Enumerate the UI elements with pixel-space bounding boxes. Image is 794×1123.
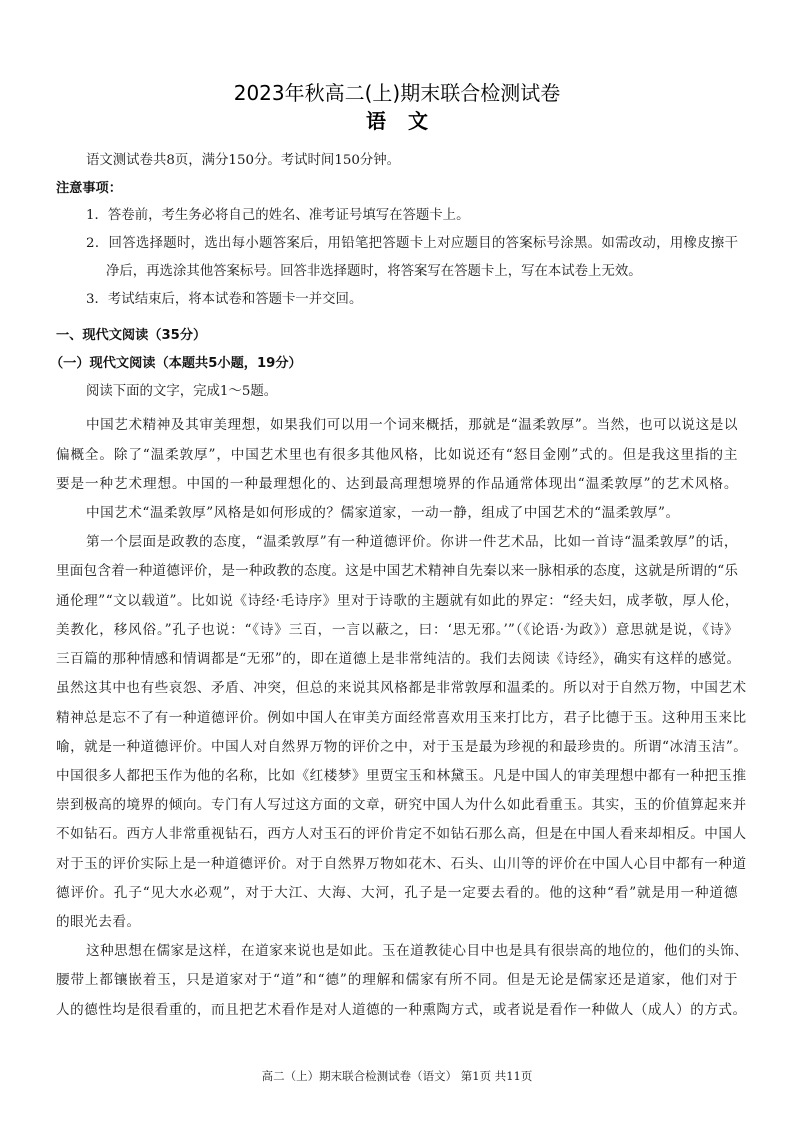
notice-item-2: 2．回答选择题时，选出每小题答案后，用铅笔把答题卡上对应题目的答案标号涂黑。如需… <box>86 234 738 254</box>
passage-line: 第一个层面是政教的态度，“温柔敦厚”有一种道德评价。你讲一件艺术品，比如一首诗“… <box>86 532 738 552</box>
passage-line: 德评价。孔子“见大水必观”，对于大江、大海、大河，孔子是一定要去看的。他的这种“… <box>56 883 738 903</box>
section-subheading: （一）现代文阅读（本题共5小题，19分） <box>50 354 302 374</box>
passage-line: 对于玉的评价实际上是一种道德评价。对于自然界万物如花木、石头、山川等的评价在中国… <box>56 854 738 874</box>
exam-title: 2023年秋高二(上)期末联合检测试卷 <box>0 83 794 103</box>
notice-item-1: 1．答卷前，考生务必将自己的姓名、准考证号填写在答题卡上。 <box>86 206 469 226</box>
passage-line: 喻，就是一种道德评价。中国人对自然界万物的评价之中，对于玉是最为珍视的和最珍贵的… <box>56 737 738 757</box>
exam-intro: 语文测试卷共8页，满分150分。考试时间150分钟。 <box>86 151 400 171</box>
passage-line: 这种思想在儒家是这样，在道家来说也是如此。玉在道教徒心目中也是具有很崇高的地位的… <box>86 941 738 961</box>
passage-line: 精神总是忘不了有一种道德评价。例如中国人在审美方面经常喜欢用玉来打比方，君子比德… <box>56 708 738 728</box>
passage-line: 不如钻石。西方人非常重视钻石，西方人对玉石的评价肯定不如钻石那么高，但是在中国人… <box>56 824 738 844</box>
passage-line: 人的德性均是很看重的，而且把艺术看作是对人道德的一种熏陶方式，或者说是看作一种做… <box>56 1000 738 1020</box>
passage-line: 通伦理”“文以载道”。比如说《诗经·毛诗序》里对于诗歌的主题就有如此的界定：“经… <box>56 591 738 611</box>
subject-title: 语文 <box>0 111 794 131</box>
passage-line: 中国艺术精神及其审美理想，如果我们可以用一个词来概括，那就是“温柔敦厚”。当然，… <box>86 415 738 435</box>
page-footer: 高二（上）期末联合检测试卷（语文） 第1页 共11页 <box>0 1066 794 1086</box>
exam-page: 2023年秋高二(上)期末联合检测试卷 语文 语文测试卷共8页，满分150分。考… <box>0 0 794 1123</box>
section-heading: 一、现代文阅读（35分） <box>56 326 206 346</box>
passage-line: 三百篇的那种情感和情调都是“无邪”的，即在道德上是非常纯洁的。我们去阅读《诗经》… <box>56 649 738 669</box>
passage-line: 的眼光去看。 <box>56 912 141 932</box>
passage-line: 美教化，移风俗。”孔子也说：“《诗》三百，一言以蔽之，曰：‘思无邪。’”（《论语… <box>56 620 738 640</box>
notice-item-2-cont: 净后，再选涂其他答案标号。回答非选择题时，将答案写在答题卡上，写在本试卷上无效。 <box>106 262 642 282</box>
passage-line: 里面包含着一种道德评价，是一种政教的态度。这是中国艺术精神自先秦以来一脉相承的态… <box>56 561 738 581</box>
notice-item-3: 3．考试结束后，将本试卷和答题卡一并交回。 <box>86 290 362 310</box>
passage-line: 虽然这其中也有些哀怨、矛盾、冲突，但总的来说其风格都是非常敦厚和温柔的。所以对于… <box>56 678 738 698</box>
passage-line: 中国艺术“温柔敦厚”风格是如何形成的？儒家道家，一动一静，组成了中国艺术的“温柔… <box>86 503 680 523</box>
passage-line: 偏概全。除了“温柔敦厚”，中国艺术里也有很多其他风格，比如说还有“怒目金刚”式的… <box>56 445 738 465</box>
passage-line: 要是一种艺术理想。中国的一种最理想化的、达到最高理想境界的作品通常体现出“温柔敦… <box>56 474 738 494</box>
passage-line: 腰带上都镶嵌着玉，只是道家对于“道”和“德”的理解和儒家有所不同。但是无论是儒家… <box>56 970 738 990</box>
passage-line: 中国很多人都把玉作为他的名称，比如《红楼梦》里贾宝玉和林黛玉。凡是中国人的审美理… <box>56 766 738 786</box>
section-instruction: 阅读下面的文字，完成1～5题。 <box>86 382 277 402</box>
notice-heading: 注意事项： <box>56 179 122 199</box>
passage-line: 崇到极高的境界的倾向。专门有人写过这方面的文章，研究中国人为什么如此看重玉。其实… <box>56 795 738 815</box>
